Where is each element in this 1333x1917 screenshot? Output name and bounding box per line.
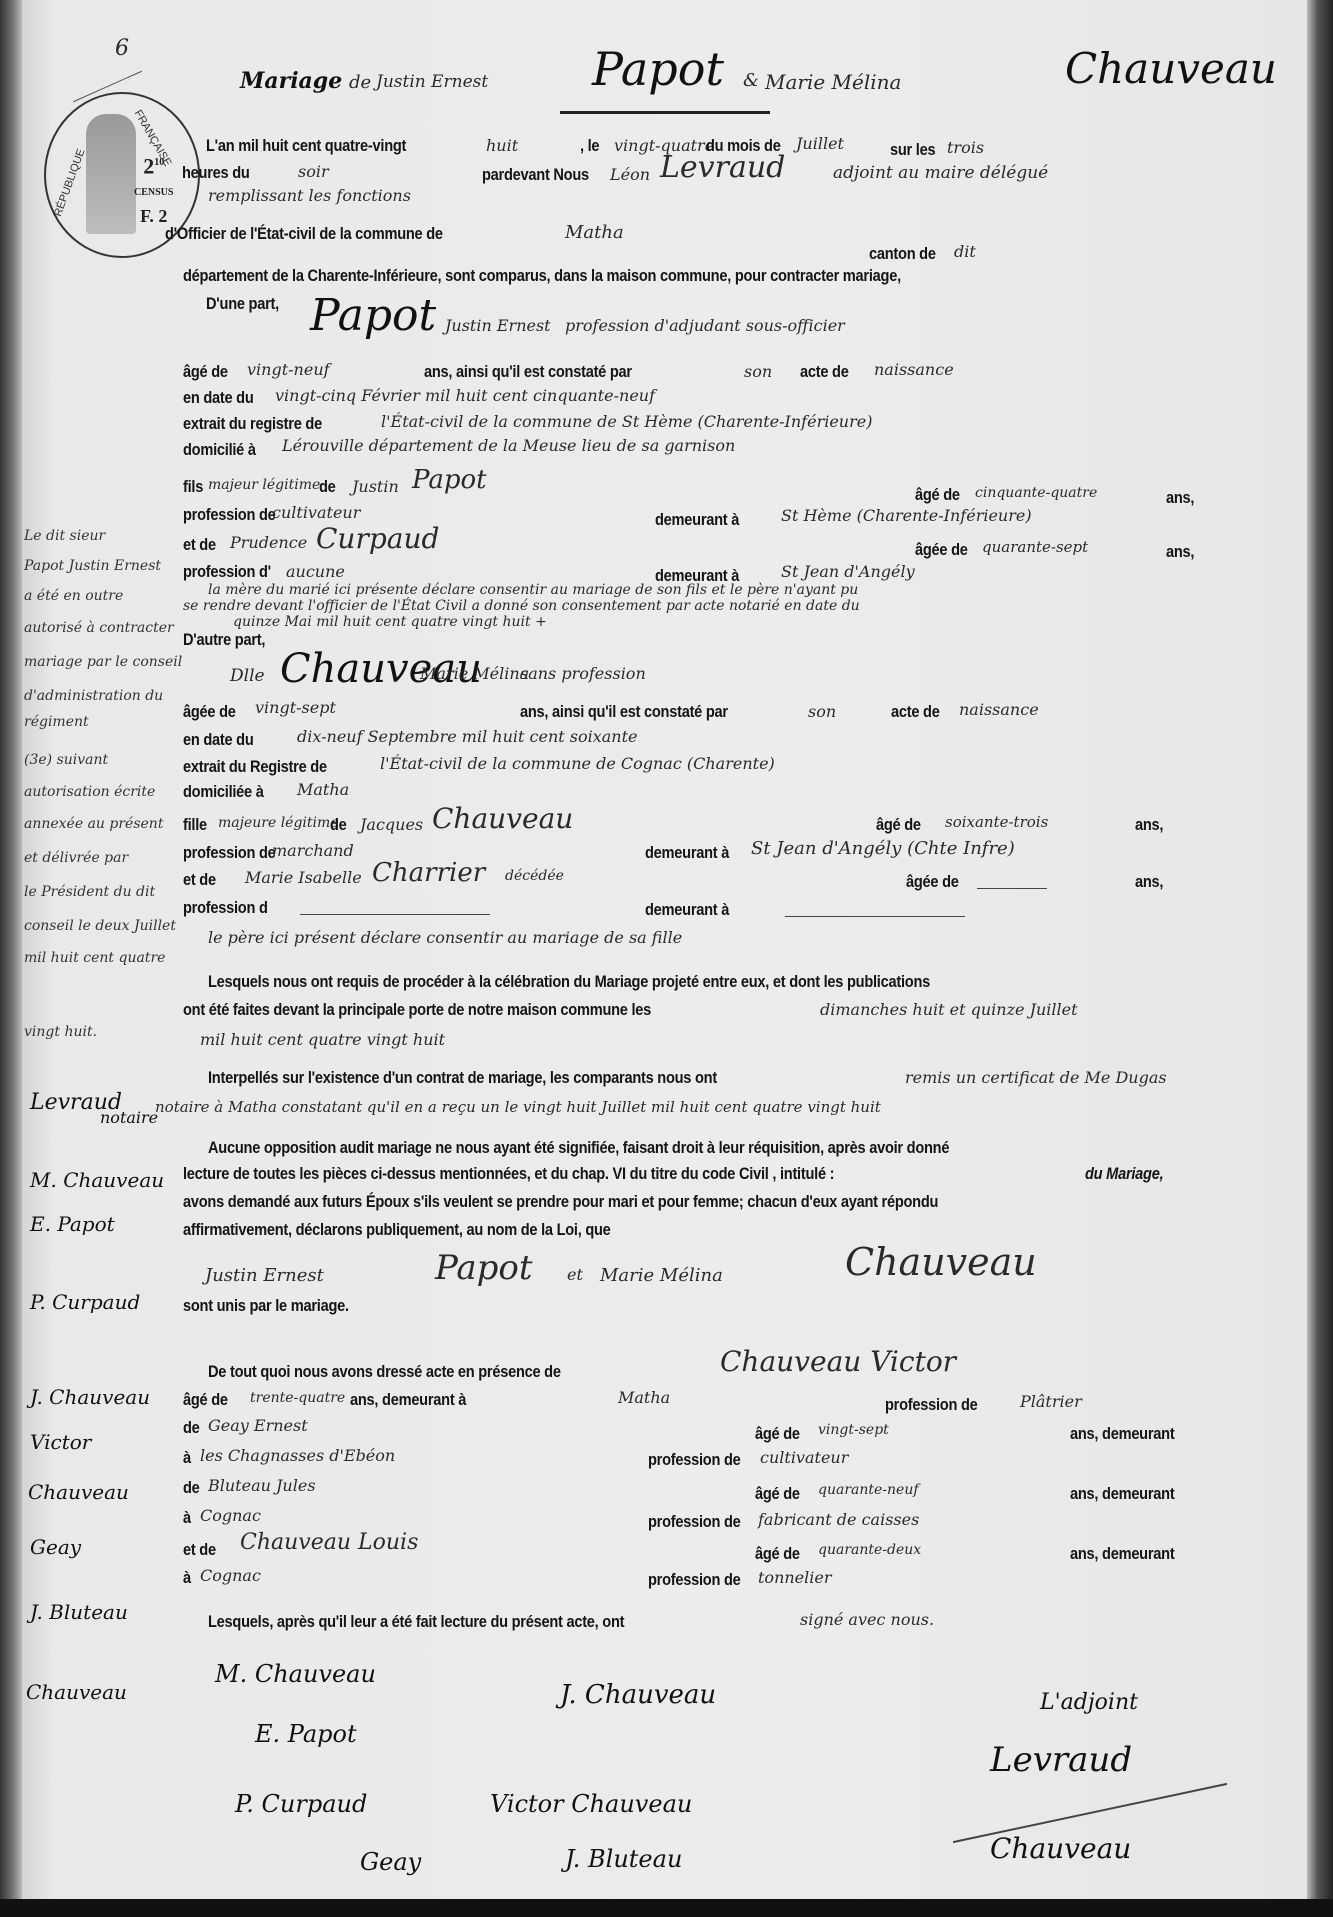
bride-date-label: en date du — [183, 730, 254, 750]
witness-3-name: Bluteau Jules — [208, 1476, 316, 1495]
witness-2-residence: les Chagnasses d'Ebéon — [200, 1446, 395, 1465]
margin-note-line: a été en outre — [24, 588, 123, 604]
stamp-value-fraction: 10 — [154, 157, 164, 168]
title-groom-given: Justin Ernest — [376, 72, 488, 92]
groom-son-of-label: fils — [183, 477, 203, 497]
book-spine — [0, 0, 22, 1917]
margin-signature: notaire — [100, 1108, 158, 1127]
witness-2-age: vingt-sept — [818, 1422, 889, 1438]
groom-mother-surname: Curpaud — [316, 522, 439, 555]
margin-note-line: le Président du dit — [24, 884, 155, 900]
groom-mother-residence: St Jean d'Angély — [781, 562, 915, 581]
bride-de: de — [330, 815, 347, 835]
contract-label: Interpellés sur l'existence d'un contrat… — [208, 1068, 717, 1088]
bride-daughter-of-label: fille — [183, 815, 207, 835]
margin-signature: Geay — [30, 1535, 81, 1559]
signature-p-curpaud: P. Curpaud — [235, 1790, 367, 1818]
witness-3-ans-label: ans, demeurant — [1070, 1484, 1174, 1504]
groom-acte-label: acte de — [800, 362, 849, 382]
witness-4-prefix: et de — [183, 1540, 216, 1560]
bride-father-age: soixante-trois — [945, 813, 1048, 831]
officer-surname: Levraud — [660, 150, 785, 185]
contract-hand-1: remis un certificat de Me Dugas — [905, 1068, 1167, 1087]
groom-profession: profession d'adjudant sous-officier — [565, 316, 845, 335]
bride-registry-label: extrait du Registre de — [183, 757, 327, 777]
groom-surname: Papot — [310, 290, 436, 341]
groom-age-suffix: ans, ainsi qu'il est constaté par — [424, 362, 632, 382]
bride-son: son — [808, 702, 836, 721]
page-number: 6 — [115, 36, 129, 61]
groom-mother-profession: aucune — [286, 562, 345, 581]
bride-title: Dlle — [230, 666, 265, 686]
bride-birth-date: dix-neuf Septembre mil huit cent soixant… — [297, 727, 638, 746]
groom-filiation: majeur légitime — [208, 477, 320, 493]
publications-dates: dimanches huit et quinze Juillet — [820, 1000, 1078, 1019]
witness-4-profession: tonnelier — [758, 1568, 832, 1587]
declaration-groom-given: Justin Ernest — [205, 1265, 324, 1286]
declaration-line-4: affirmativement, déclarons publiquement,… — [183, 1220, 611, 1240]
bride-age: vingt-sept — [255, 698, 336, 717]
bride-mother-surname: Charrier — [372, 858, 485, 888]
groom-domicile: Lérouville département de la Meuse lieu … — [282, 436, 735, 455]
declaration-united: sont unis par le mariage. — [183, 1296, 349, 1316]
margin-signature: Chauveau — [26, 1680, 127, 1704]
bride-domicile-label: domiciliée à — [183, 782, 264, 802]
witness-3-residence: Cognac — [200, 1506, 261, 1525]
witness-2-profession: cultivateur — [760, 1448, 848, 1467]
margin-signature: M. Chauveau — [30, 1168, 164, 1192]
stamp-value-top: 2 — [143, 153, 154, 178]
witness-2-age-label: âgé de — [755, 1424, 800, 1444]
printed-before-us: pardevant Nous — [482, 165, 589, 185]
declaration-bride-given: Marie Mélina — [600, 1265, 723, 1286]
title-amp: & — [743, 70, 759, 91]
groom-father-given: Justin — [352, 477, 399, 496]
commune-value: Matha — [565, 222, 624, 243]
publications-line-2: ont été faites devant la principale port… — [183, 1000, 651, 1020]
officer-extra-signature: Chauveau — [990, 1832, 1131, 1865]
witness-4-age-label: âgé de — [755, 1544, 800, 1564]
witness-1-age-label: âgé de — [183, 1390, 228, 1410]
officer-role: adjoint au maire délégué — [833, 163, 1048, 183]
witness-2-profession-label: profession de — [648, 1450, 741, 1470]
bride-mother-prof-label: profession d — [183, 898, 268, 918]
hour-value: trois — [947, 138, 984, 157]
bride-mother-age-label: âgée de — [906, 872, 959, 892]
witness-4-a: à — [183, 1568, 191, 1588]
margin-note-line: Papot Justin Ernest — [24, 558, 161, 574]
margin-signature: J. Bluteau — [30, 1600, 128, 1624]
groom-consent-note-1: la mère du marié ici présente déclare co… — [208, 582, 858, 598]
groom-age-label: âgé de — [183, 362, 228, 382]
witness-1-ans-label: ans, demeurant à — [350, 1390, 466, 1410]
witness-1-profession: Plâtrier — [1020, 1392, 1082, 1411]
witness-1-profession-label: profession de — [885, 1395, 978, 1415]
witness-2-name: Geay Ernest — [208, 1416, 308, 1435]
month-value: Juillet — [796, 134, 844, 153]
witness-1-residence: Matha — [618, 1388, 670, 1407]
closing-hand: signé avec nous. — [800, 1610, 934, 1629]
bride-father-surname: Chauveau — [432, 802, 573, 835]
groom-father-prof-label: profession de — [183, 505, 276, 525]
bride-mother-label: et de — [183, 870, 216, 890]
title-prefix: Mariage — [240, 68, 342, 94]
signature-e-papot: E. Papot — [255, 1720, 357, 1748]
officer-title-signature: L'adjoint — [1040, 1690, 1138, 1715]
groom-mother-label: et de — [183, 535, 216, 555]
witness-3-profession-label: profession de — [648, 1512, 741, 1532]
bride-father-prof-label: profession de — [183, 843, 276, 863]
groom-consent-note-3: quinze Mai mil huit cent quatre vingt hu… — [233, 614, 547, 630]
witness-4-residence: Cognac — [200, 1566, 261, 1585]
groom-acte-type: naissance — [874, 360, 954, 379]
groom-father-age-label: âgé de — [915, 485, 960, 505]
groom-registry-label: extrait du registre de — [183, 414, 322, 434]
witness-4-profession-label: profession de — [648, 1570, 741, 1590]
groom-father-surname: Papot — [412, 465, 487, 495]
margin-signature: P. Curpaud — [30, 1290, 140, 1314]
title-de: de — [349, 72, 371, 93]
bride-father-given: Jacques — [360, 815, 423, 834]
margin-note-line: annexée au présent — [24, 816, 163, 832]
witnesses-intro: De tout quoi nous avons dressé acte en p… — [208, 1362, 561, 1382]
groom-birth-date: vingt-cinq Février mil huit cent cinquan… — [275, 386, 655, 405]
witness-4-name: Chauveau Louis — [240, 1530, 418, 1555]
witness-3-age: quarante-neuf — [818, 1482, 919, 1498]
bride-father-ans: ans, — [1135, 815, 1163, 835]
bride-mother-residence-blank — [785, 916, 965, 917]
margin-signature: Chauveau — [28, 1480, 129, 1504]
page-bottom-edge — [0, 1899, 1333, 1917]
margin-note-line: mariage par le conseil — [24, 654, 182, 670]
margin-note-line: (3e) suivant — [24, 752, 108, 768]
bride-father-residence: St Jean d'Angély (Chte Infre) — [751, 838, 1015, 859]
witness-3-prefix: de — [183, 1478, 200, 1498]
signature-m-chauveau: M. Chauveau — [215, 1660, 376, 1688]
page-edge — [1307, 0, 1333, 1917]
printed-department-line: département de la Charente-Inférieure, s… — [183, 266, 901, 286]
bride-age-suffix: ans, ainsi qu'il est constaté par — [520, 702, 728, 722]
witness-4-ans-label: ans, demeurant — [1070, 1544, 1174, 1564]
bride-given: Marie Mélina — [420, 664, 529, 683]
bride-other-part-label: D'autre part, — [183, 630, 265, 650]
declaration-et: et — [567, 1265, 583, 1284]
declaration-groom-surname: Papot — [435, 1248, 533, 1288]
groom-given: Justin Ernest — [445, 316, 551, 335]
bride-acte-type: naissance — [959, 700, 1039, 719]
groom-mother-prof-label: profession d' — [183, 562, 271, 582]
bride-father-residence-label: demeurant à — [645, 843, 729, 863]
bride-mother-age-blank — [977, 888, 1047, 889]
officer-signature: Levraud — [990, 1740, 1132, 1780]
witness-3-a: à — [183, 1508, 191, 1528]
groom-father-profession: cultivateur — [272, 503, 360, 522]
witness-3-age-label: âgé de — [755, 1484, 800, 1504]
title-groom-surname: Papot — [592, 42, 724, 96]
groom-father-residence-label: demeurant à — [655, 510, 739, 530]
witness-3-profession: fabricant de caisses — [758, 1510, 919, 1529]
printed-canton: canton de — [869, 244, 936, 264]
bride-mother-residence-label: demeurant à — [645, 900, 729, 920]
margin-note-line: conseil le deux Juillet — [24, 918, 176, 934]
title-bride-surname: Chauveau — [1065, 44, 1277, 93]
groom-mother-age: quarante-sept — [982, 538, 1088, 556]
bride-registry: l'État-civil de la commune de Cognac (Ch… — [380, 754, 775, 773]
bride-domicile: Matha — [297, 780, 349, 799]
groom-mother-age-label: âgée de — [915, 540, 968, 560]
officer-role-continued: remplissant les fonctions — [208, 186, 411, 205]
groom-date-label: en date du — [183, 388, 254, 408]
stamp-value-bottom: F. 2 — [140, 206, 167, 226]
declaration-line-3: avons demandé aux futurs Époux s'ils veu… — [183, 1192, 938, 1212]
declaration-bride-surname: Chauveau — [845, 1240, 1037, 1284]
margin-signature: J. Chauveau — [30, 1385, 150, 1409]
bride-father-profession: marchand — [272, 841, 354, 860]
bride-mother-given: Marie Isabelle — [245, 868, 362, 887]
margin-signature: E. Papot — [30, 1212, 115, 1236]
bride-filiation: majeure légitime — [218, 815, 339, 831]
margin-note-line: autorisé à contracter — [24, 620, 174, 636]
bride-mother-ans: ans, — [1135, 872, 1163, 892]
canton-value: dit — [954, 242, 976, 261]
printed-year-label: L'an mil huit cent quatre-vingt — [206, 136, 406, 156]
groom-father-age: cinquante-quatre — [975, 485, 1097, 501]
stamp-value: 210 CENSUS F. 2 — [134, 152, 173, 227]
groom-father-residence: St Hème (Charente-Inférieure) — [781, 506, 1032, 525]
margin-note-line: vingt huit. — [24, 1024, 97, 1040]
groom-father-ans: ans, — [1166, 488, 1194, 508]
margin-note-line: autorisation écrite — [24, 784, 155, 800]
bride-age-label: âgée de — [183, 702, 236, 722]
groom-mother-ans: ans, — [1166, 542, 1194, 562]
publications-line-1: Lesquels nous ont requis de procéder à l… — [208, 972, 930, 992]
declaration-line-1: Aucune opposition audit mariage ne nous … — [208, 1138, 949, 1158]
declaration-line-2: lecture de toutes les pièces ci-dessus m… — [183, 1164, 834, 1184]
closing-text: Lesquels, après qu'il leur a été fait le… — [208, 1612, 624, 1632]
margin-signature: Victor — [30, 1430, 91, 1454]
bride-consent-note: le père ici présent déclare consentir au… — [208, 928, 682, 947]
declaration-line-2-emphasis: du Mariage, — [1085, 1164, 1163, 1184]
witness-2-prefix: de — [183, 1418, 200, 1438]
signature-victor-chauveau: Victor Chauveau — [490, 1790, 692, 1818]
bride-father-age-label: âgé de — [876, 815, 921, 835]
witness-1-name: Chauveau Victor — [720, 1345, 956, 1378]
year-value: huit — [486, 136, 518, 155]
contract-hand-2: notaire à Matha constatant qu'il en a re… — [155, 1098, 881, 1116]
publications-year: mil huit cent quatre vingt huit — [200, 1030, 445, 1049]
margin-note-line: Le dit sieur — [24, 528, 105, 544]
signature-j-bluteau: J. Bluteau — [565, 1845, 682, 1873]
witness-4-age: quarante-deux — [818, 1542, 921, 1558]
bride-mother-profession-blank — [300, 914, 490, 915]
groom-mother-given: Prudence — [230, 533, 307, 552]
printed-hours-label: heures du — [182, 163, 250, 183]
bride-mother-status: décédée — [505, 868, 564, 884]
bride-acte-label: acte de — [891, 702, 940, 722]
groom-age: vingt-neuf — [247, 360, 330, 379]
title-flourish — [560, 111, 770, 114]
margin-note-line: mil huit cent quatre — [24, 950, 165, 966]
printed-hour-label: sur les — [890, 140, 935, 160]
signature-geay: Geay — [360, 1848, 421, 1876]
witness-2-ans-label: ans, demeurant — [1070, 1424, 1174, 1444]
groom-de: de — [319, 477, 336, 497]
groom-domicile-label: domicilié à — [183, 440, 256, 460]
stamp-label: CENSUS — [134, 187, 173, 198]
groom-son: son — [744, 362, 772, 381]
groom-consent-note-2: se rendre devant l'officier de l'État Ci… — [183, 598, 860, 614]
signature-j-chauveau: J. Chauveau — [560, 1680, 716, 1710]
margin-note-line: et délivrée par — [24, 850, 128, 866]
bride-profession: sans profession — [520, 664, 646, 683]
officer-given-name: Léon — [610, 165, 650, 184]
printed-le: , le — [580, 136, 599, 156]
time-of-day-value: soir — [298, 162, 329, 181]
printed-officer-label: d'Officier de l'État-civil de la commune… — [165, 224, 443, 244]
printed-one-part: D'une part, — [206, 294, 279, 314]
margin-note-line: d'administration du — [24, 688, 163, 704]
title-bride-given: Marie Mélina — [765, 70, 901, 94]
witness-2-a: à — [183, 1448, 191, 1468]
witness-1-age: trente-quatre — [250, 1390, 345, 1406]
groom-registry: l'État-civil de la commune de St Hème (C… — [381, 412, 872, 431]
margin-note-line: régiment — [24, 714, 89, 730]
